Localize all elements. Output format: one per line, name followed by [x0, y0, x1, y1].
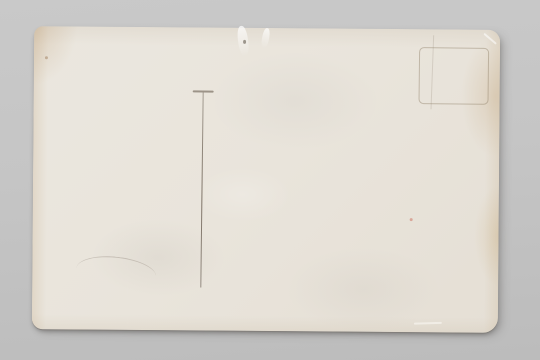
scratch-mark [75, 252, 158, 292]
stain-speck [45, 56, 48, 59]
stamp-box-outline [418, 47, 489, 105]
divider-line [200, 92, 203, 287]
corner-fold-highlight [483, 33, 496, 45]
top-edge-crease-mark [260, 28, 271, 49]
postcard-back [32, 26, 500, 333]
gray-surface-background [0, 0, 540, 360]
stain-speck [410, 218, 413, 221]
stain-speck [243, 40, 246, 44]
bottom-edge-crease-mark [414, 322, 442, 325]
